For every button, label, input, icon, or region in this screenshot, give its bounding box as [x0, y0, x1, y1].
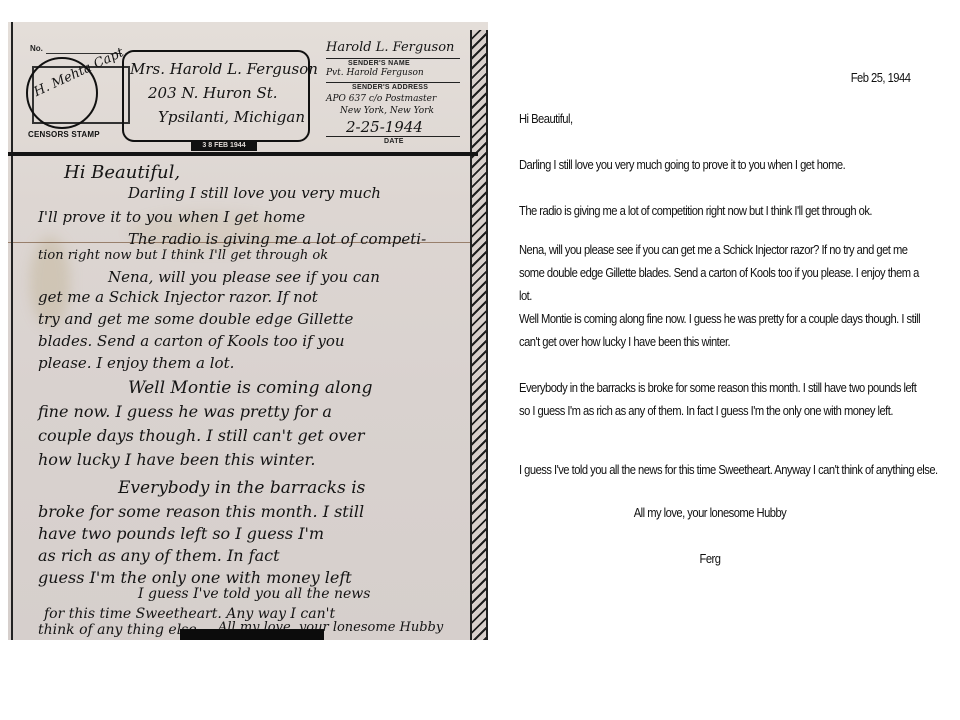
handwritten-line: I'll prove it to you when I get home: [38, 208, 305, 226]
letter-greeting: Hi Beautiful,: [519, 111, 573, 126]
handwritten-line: blades. Send a carton of Kools too if yo…: [38, 332, 345, 350]
letter-closing: All my love, your lonesome Hubby: [581, 505, 839, 520]
handwritten-line: get me a Schick Injector razor. If not: [38, 288, 318, 306]
letter-paragraph: Well Montie is coming along fine now. I …: [519, 307, 923, 353]
written-date: 2-25-1944: [346, 118, 423, 136]
letter-paragraph: I guess I've told you all the news for t…: [519, 462, 938, 477]
handwritten-line: please. I enjoy them a lot.: [38, 354, 234, 372]
handwritten-line: guess I'm the only one with money left: [38, 568, 352, 587]
handwritten-line: Well Montie is coming along: [128, 378, 373, 398]
senders-name-label: SENDER'S NAME: [348, 60, 410, 67]
form-left-border: [11, 22, 13, 640]
scanned-letter-image: No. H. Mehta Capt. CENSORS STAMP Mrs. Ha…: [8, 22, 488, 640]
handwritten-line: couple days though. I still can't get ov…: [38, 426, 365, 445]
letter-paragraph: Everybody in the barracks is broke for s…: [519, 376, 923, 422]
handwritten-line: fine now. I guess he was pretty for a: [38, 402, 332, 421]
handwritten-line: as rich as any of them. In fact: [38, 546, 280, 565]
postmark-date-stamp: 3 8 FEB 1944: [191, 140, 257, 151]
form-divider: [8, 152, 478, 156]
form-line: [326, 82, 460, 83]
form-number-label: No.: [30, 44, 43, 53]
form-line: [326, 58, 460, 59]
redaction-bar: [180, 629, 324, 640]
handwritten-line: think of any thing else.: [38, 622, 201, 638]
sender-signature: Harold L. Ferguson: [326, 40, 454, 55]
handwritten-line: broke for some reason this month. I stil…: [38, 502, 364, 521]
letter-paragraph: The radio is giving me a lot of competit…: [519, 203, 872, 218]
recipient-city: Ypsilanti, Michigan: [158, 108, 305, 126]
date-label: DATE: [384, 138, 404, 145]
sender-address-scrawl-2: New York, New York: [340, 106, 434, 116]
handwritten-line: Everybody in the barracks is: [118, 478, 365, 498]
handwritten-line: try and get me some double edge Gillette: [38, 310, 353, 328]
senders-address-label: SENDER'S ADDRESS: [352, 84, 428, 91]
handwritten-line: I guess I've told you all the news: [138, 586, 370, 602]
handwritten-line: Nena, will you please see if you can: [108, 268, 380, 286]
recipient-address-box: Mrs. Harold L. Ferguson 203 N. Huron St.…: [122, 50, 310, 142]
sender-address-scrawl: APO 637 c/o Postmaster: [326, 94, 436, 104]
recipient-name: Mrs. Harold L. Ferguson: [130, 60, 318, 78]
recipient-street: 203 N. Huron St.: [148, 84, 278, 102]
form-hatched-margin: [470, 30, 488, 640]
form-line: [326, 136, 460, 137]
handwritten-line: The radio is giving me a lot of competi-: [128, 230, 426, 248]
handwritten-line: tion right now but I think I'll get thro…: [38, 248, 328, 263]
handwritten-line: have two pounds left so I guess I'm: [38, 524, 324, 543]
letter-paragraph: Nena, will you please see if you can get…: [519, 238, 923, 307]
sender-name-scrawl: Pvt. Harold Ferguson: [326, 68, 424, 78]
handwritten-line: how lucky I have been this winter.: [38, 450, 315, 469]
handwritten-line: Hi Beautiful,: [64, 162, 180, 183]
censors-stamp-label: CENSORS STAMP: [28, 130, 100, 139]
handwritten-line: Darling I still love you very much: [128, 184, 381, 202]
letter-date: Feb 25, 1944: [850, 70, 910, 85]
letter-signature: Ferg: [581, 551, 839, 566]
letter-paragraph: Darling I still love you very much going…: [519, 157, 845, 172]
